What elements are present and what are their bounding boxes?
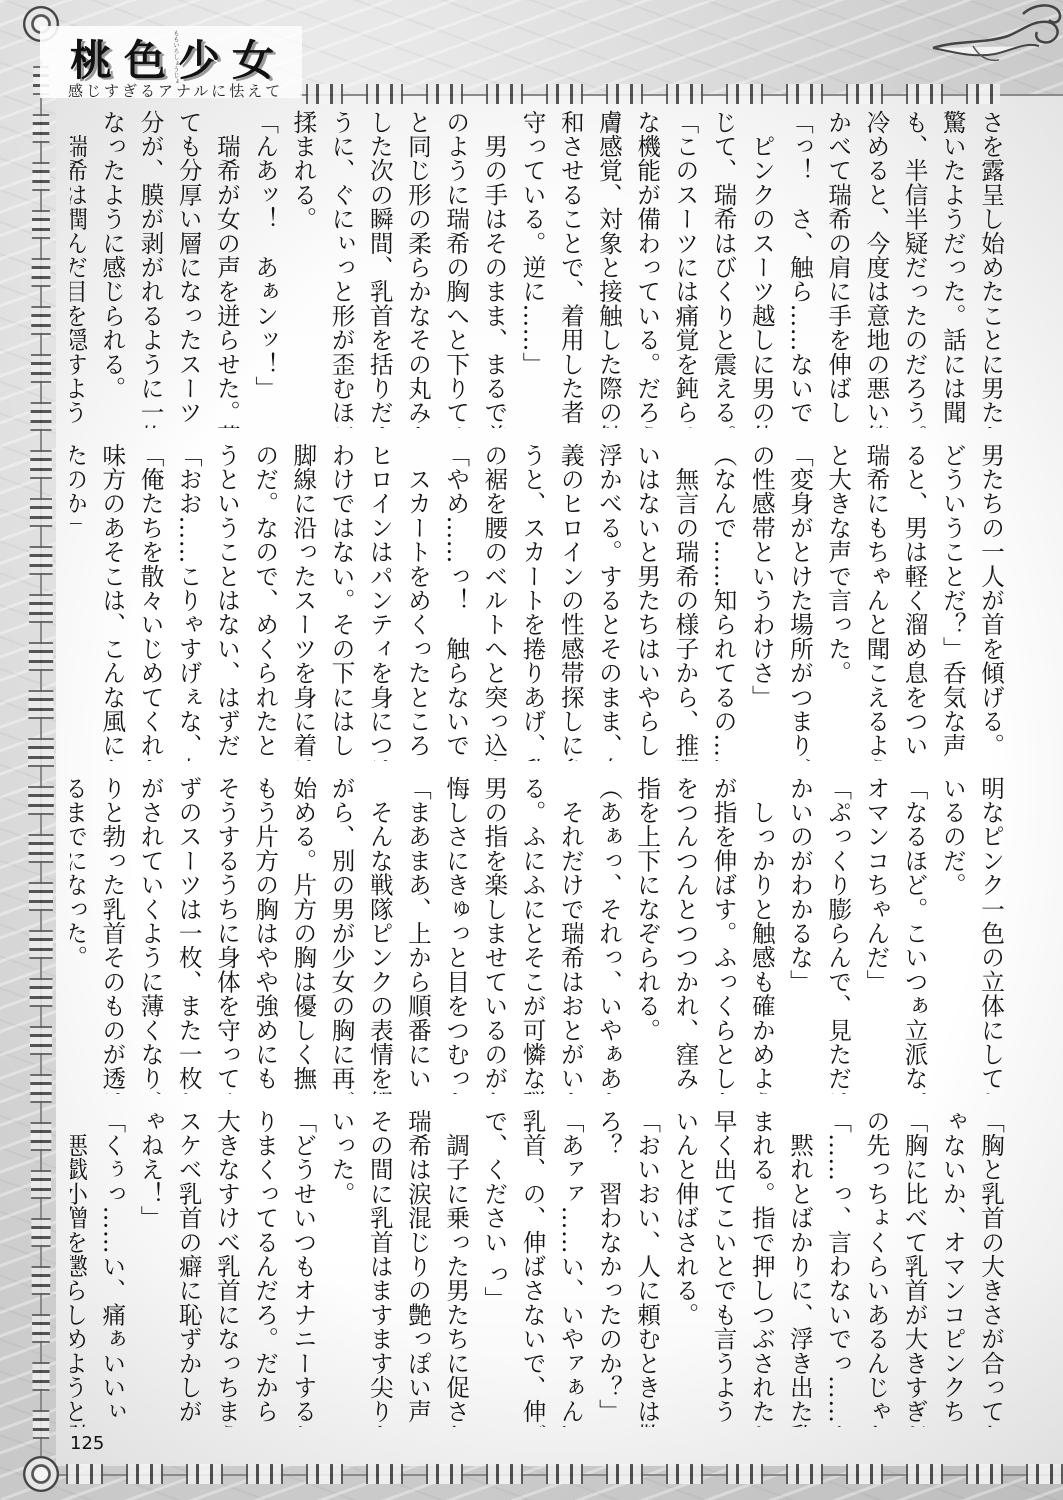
page-number: 125: [70, 1433, 104, 1454]
text-column: 「やめ……っ！ 触らないでっ！」: [437, 443, 475, 761]
flourish-ornament-icon: [913, 0, 1063, 80]
text-column: わけではない。その下にはしっかりと: [322, 443, 360, 761]
book-title-ruby: ももいろしょうじょ: [170, 30, 178, 84]
text-column: うと、スカートを捲りあげ、乱雑にそ: [513, 443, 551, 761]
text-column: 大きなすけべ乳首になっちまうんだよ。: [208, 1109, 246, 1427]
text-column: そうするうちに身体を守ってくれるは: [208, 776, 246, 1094]
text-column: と同じ形の柔らかなその丸みを一撫で: [399, 110, 437, 428]
text-column: 「このスーツには痛覚を鈍らせる特殊: [666, 110, 704, 428]
text-column: その間に乳首はますます尖りを増して: [361, 1109, 399, 1427]
text-column: りまくってるんだろ。だからこんなに: [246, 1109, 284, 1427]
text-column: 瑞希は涙混じりの艶っぽい声で訴える。: [399, 1109, 437, 1427]
text-column: の性感帯というわけさ」: [743, 443, 781, 761]
text-column: 「くぅっ……い、痛ぁいいぃっ！」: [93, 1109, 131, 1427]
text-column: 男たちの一人が首を傾げる。「つまり、: [972, 443, 1010, 761]
text-column: 指を上下になぞられる。: [628, 776, 666, 1094]
text-column: 始める。片方の胸は優しく撫で回し、: [284, 776, 322, 1094]
text-column: 調子に乗った男たちに促されるまま、: [437, 1109, 475, 1427]
text-column: がら、別の男が少女の胸に再び愛撫を: [322, 776, 360, 1094]
text-column: 揉まれる。: [284, 110, 322, 428]
text-column: スカートをめくったところで、戦隊: [399, 443, 437, 761]
text-column: も、半信半疑だったのだろう。驚きが: [895, 110, 933, 428]
text-column: かいのがわかるな」: [781, 776, 819, 1094]
text-column: がされていくように薄くなり、ぷっく: [131, 776, 169, 1094]
text-column: ピンクのスーツ越しに男の体温を感: [743, 110, 781, 428]
text-column: ると、男は軽く溜め息をついてから、: [895, 443, 933, 761]
text-column: 驚いたようだった。話には聞いていて: [934, 110, 972, 428]
text-column: 「……っ、言わないでっ……んっ！」: [819, 1109, 857, 1427]
text-column: ゃねえ！」: [131, 1109, 169, 1427]
text-column: 明なピンク一色の立体にしてしまって: [972, 776, 1010, 1094]
text-column: うということはない、はずだった。: [208, 443, 246, 761]
text-column: 冷めると、今度は意地の悪い笑みを浮: [857, 110, 895, 428]
text-column: 「おいおい、人に頼むときは敬語だ: [628, 1109, 666, 1427]
text-column: 「どうせいつもオナニーするとき、弄: [284, 1109, 322, 1427]
text-column: 「んあッ！ あぁンッ！」: [246, 110, 284, 428]
text-column: な機能が備わっている。だろう？ 皮: [628, 110, 666, 428]
text-column: の裾を腰のベルトへと突っ込んだ。: [475, 443, 513, 761]
text-block-4: 「胸と乳首の大きさが合ってないんじゃないか、オマンコピンクちゃんよ」「胸に比べて…: [70, 1109, 1010, 1427]
text-block-3: 明なピンク一色の立体にしてしまっているのだ。「なるほど。こいつぁ立派なピンクのオ…: [70, 776, 1010, 1094]
text-column: 「なるほど。こいつぁ立派なピンクの: [895, 776, 933, 1094]
text-column: のように瑞希の胸へと下りてくる。裸: [437, 110, 475, 428]
text-column: もう片方の胸はやや強めにもみ込む。: [246, 776, 284, 1094]
text-column: で、ください っ」: [475, 1109, 513, 1427]
text-column: 「俺たちを散々いじめてくれた正義の: [131, 443, 169, 761]
text-column: 義のヒロインの性感帯探しに参加しよ: [552, 443, 590, 761]
text-column: ヒロインはパンティを身につけている: [361, 443, 399, 761]
text-column: いるのだ。: [934, 776, 972, 1094]
text-column: そんな戦隊ピンクの表情を観察しな: [361, 776, 399, 1094]
text-column: 早く出てこいとでも言うように、にゅ: [704, 1109, 742, 1427]
text-column: のだ。なので、めくられたところでど: [246, 443, 284, 761]
text-column: の先っちょくらいあるんじゃないか？」: [857, 1109, 895, 1427]
text-column: るまでになった。: [70, 776, 93, 1094]
text-column: と大きな声で言った。: [819, 443, 857, 761]
text-column: じて、瑞希はびくりと震える。: [704, 110, 742, 428]
text-column: しっかりと触感も確かめようと、男: [743, 776, 781, 1094]
text-column: 「おお……こりゃすげぇな、丸見えだ」: [170, 443, 208, 761]
text-column: ろ？ 習わなかったのか？」: [590, 1109, 628, 1427]
text-column: 「胸に比べて乳首が大きすぎだ。小指: [895, 1109, 933, 1427]
text-column: る。ふにふにとそこが可憐な弾み方で: [513, 776, 551, 1094]
text-column: 「変身がとけた場所がつまり、こいつ: [781, 443, 819, 761]
text-column: それだけで瑞希はおとがいを反らせ: [552, 776, 590, 1094]
text-column: 脚線に沿ったスーツを身に着けている: [284, 443, 322, 761]
text-column: いった。: [322, 1109, 360, 1427]
bottom-left-corner-ornament: [17, 1450, 65, 1498]
text-column: オマンコちゃんだ」: [857, 776, 895, 1094]
text-column: ても分厚い層になったスーツのその部: [170, 110, 208, 428]
text-column: 瑞希が女の声を迸らせた。薄く見え: [208, 110, 246, 428]
text-column: スケベ乳首の癖に恥ずかしがってんじ: [170, 1109, 208, 1427]
text-column: 悔しさにきゅっと目をつむった。: [437, 776, 475, 1094]
text-column: （あぁっ、それっ、いやぁああ……）: [590, 776, 628, 1094]
text-column: 無言の瑞希の様子から、推理に間違: [666, 443, 704, 761]
text-column: りと勃った乳首そのものが透けて見え: [93, 776, 131, 1094]
text-column: ゃないか、オマンコピンクちゃんよ」: [934, 1109, 972, 1427]
chapter-subtitle: 感じすぎるアナルに怯えて: [68, 80, 283, 101]
text-column: さを露呈し始めたことに男たちは少々: [972, 110, 1010, 428]
text-column: なったように感じられる。: [93, 110, 131, 428]
text-column: うに、ぐにぃっと形が歪むほどに強く: [322, 110, 360, 428]
text-column: 味方のあそこは、こんな風になってい: [93, 443, 131, 761]
text-column: 「胸と乳首の大きさが合ってないんじ: [972, 1109, 1010, 1427]
left-ornament-border: [28, 60, 54, 1480]
text-column: （なんで……知られてるの……）: [704, 443, 742, 761]
text-block-1: さを露呈し始めたことに男たちは少々驚いたようだった。話には聞いていても、半信半疑…: [70, 110, 1010, 428]
text-column: いんと伸ばされる。: [666, 1109, 704, 1427]
text-column: たのか」: [70, 443, 93, 761]
text-column: した次の瞬間、乳首を括りだすかのよ: [361, 110, 399, 428]
text-column: 分が、膜が剥がれるように一枚、薄く: [131, 110, 169, 428]
top-ornament-border: [300, 84, 1000, 104]
text-column: 「まあまあ、上から順番にいこうぜ」: [399, 776, 437, 1094]
text-column: 守っている。逆に……」: [513, 110, 551, 428]
text-column: 瑞希は潤んだ目を隠すように瞼を閉: [70, 110, 93, 428]
text-column: どういうことだ？」呑気な声で質問す: [934, 443, 972, 761]
text-column: 乳首、の、伸ばさないで、伸ばさない: [513, 1109, 551, 1427]
text-column: 「あァァ……い、いやァぁん……ち、: [552, 1109, 590, 1427]
text-column: 黙れとばかりに、浮き出た乳首を摘: [781, 1109, 819, 1427]
text-column: ずのスーツは一枚、また一枚と層が剥: [170, 776, 208, 1094]
text-column: 瑞希にもちゃんと聞こえるよう、わざ: [857, 443, 895, 761]
text-column: 和させることで、着用した者の身体を: [552, 110, 590, 428]
text-block-2: 男たちの一人が首を傾げる。「つまり、どういうことだ？」呑気な声で質問すると、男は…: [70, 443, 1010, 761]
text-column: まれる。指で押しつぶされたと思うと、: [743, 1109, 781, 1427]
text-column: 「っ！ さ、触ら……ないでっ！」: [781, 110, 819, 428]
text-column: 男の指を楽しませているのがわかる。: [475, 776, 513, 1094]
bottom-ornament-border: [60, 1464, 1063, 1484]
text-column: 浮かべる。するとそのまま、自分も正: [590, 443, 628, 761]
text-column: 悪戯小僧を懲らしめようと引きずり: [70, 1109, 93, 1427]
text-column: 膚感覚、対象と接触した際の触覚を中: [590, 110, 628, 428]
text-column: 「ぷっくり膨らんで、見ただけで柔ら: [819, 776, 857, 1094]
text-column: かべて瑞希の肩に手を伸ばしてきた。: [819, 110, 857, 428]
text-column: をつんつんとつつかれ、窪みに沿って: [666, 776, 704, 1094]
text-column: 男の手はそのまま、まるで慈しむか: [475, 110, 513, 428]
text-column: が指を伸ばす。ふっくらとした割れ目: [704, 776, 742, 1094]
text-column: いはないと男たちはいやらしい笑いを: [628, 443, 666, 761]
